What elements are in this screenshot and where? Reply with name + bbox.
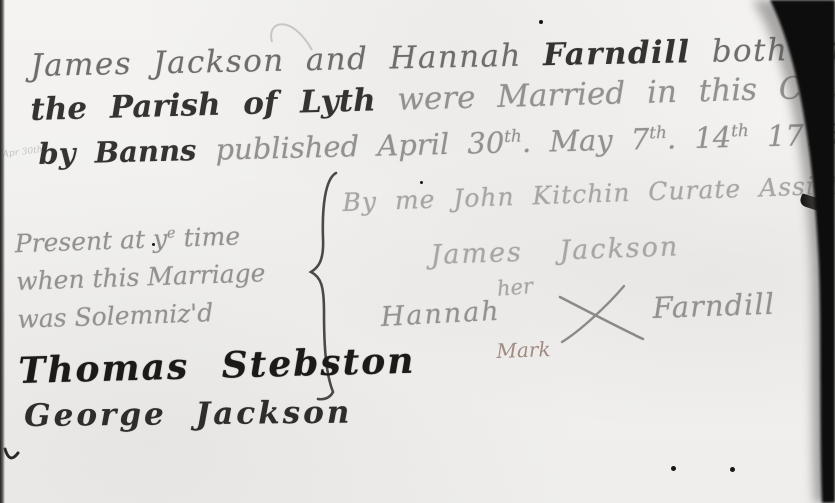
page-edge-shadow: [0, 0, 835, 503]
register-page: James Jackson and Hannah Farndill both i…: [0, 0, 835, 503]
film-edge-left: [0, 0, 5, 503]
